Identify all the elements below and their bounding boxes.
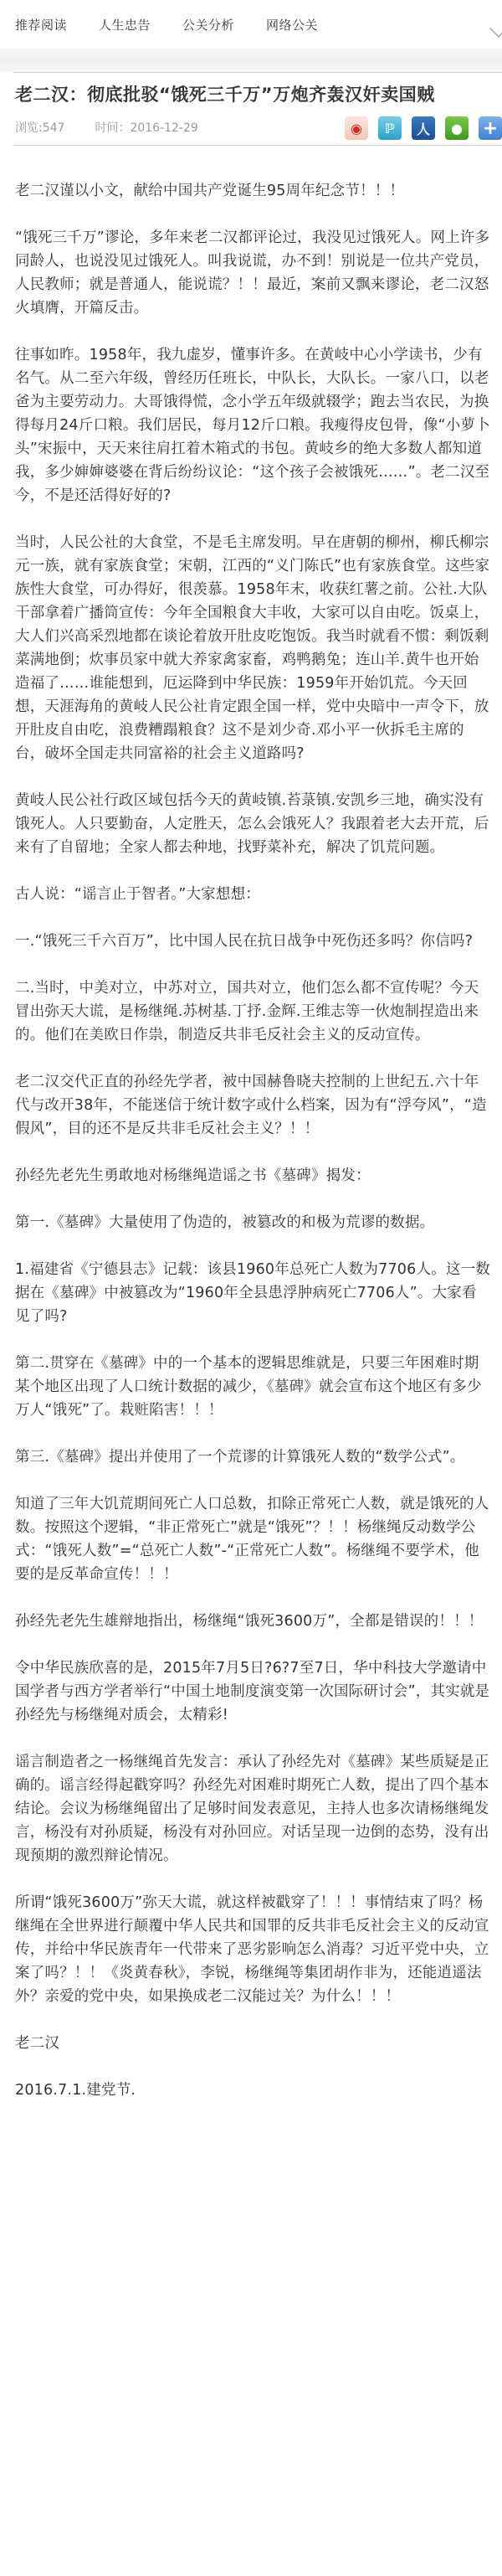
paragraph: 当时，人民公社的大食堂，不是毛主席发明。早在唐朝的柳州，柳氏柳宗元一族，就有家族… bbox=[15, 531, 490, 765]
more-share-icon[interactable]: + bbox=[479, 116, 502, 140]
nav-item-online-pr[interactable]: 网络公关 bbox=[266, 16, 318, 33]
paragraph: 古人说：“谣言止于智者。”大家想想： bbox=[15, 883, 490, 906]
article-title: 老二汉：彻底批驳“饿死三千万”万炮齐轰汉奸卖国贼 bbox=[15, 81, 502, 106]
paragraph: 二.当时，中美对立，中苏对立，国共对立，他们怎么都不宣传呢？今天冒出弥天大谎，是… bbox=[15, 976, 490, 1047]
paragraph: 第三.《墓碑》提出并使用了一个荒谬的计算饿死人数的“数学公式”。 bbox=[15, 1445, 490, 1469]
nav-item-life-advice[interactable]: 人生忠告 bbox=[99, 16, 151, 33]
paragraph: 所谓“饿死3600万”弥天大谎，就这样被戳穿了！！！事情结束了吗？杨继绳在全世界… bbox=[15, 1891, 490, 2008]
paragraph: 老二汉交代正直的孙经先学者，被中国赫鲁晓夫控制的上世纪五.六十年代与改开38年，… bbox=[15, 1070, 490, 1141]
nav-item-recommended[interactable]: 推荐阅读 bbox=[15, 16, 67, 33]
wechat-icon[interactable]: ● bbox=[445, 116, 469, 140]
signature-date: 2016.7.1.建党节. bbox=[15, 2079, 490, 2102]
share-bar: ◉ ℙ 人 ● + bbox=[345, 116, 502, 140]
paragraph: 谣言制造者之一杨继绳首先发言：承认了孙经先对《墓碑》某些质疑是正确的。谣言经得起… bbox=[15, 1750, 490, 1868]
paragraph: 往事如昨。1958年，我九虚岁，懂事许多。在黄岐中心小学读书，少有名气。从二至六… bbox=[15, 343, 490, 507]
article-meta: 浏览:547 时间：2016-12-29 ◉ ℙ 人 ● + bbox=[15, 115, 502, 140]
publish-time: 时间：2016-12-29 bbox=[95, 119, 197, 136]
renren-icon[interactable]: 人 bbox=[412, 116, 435, 140]
paragraph: 第二.贯穿在《墓碑》中的一个基本的逻辑思维就是，只要三年困难时期某个地区出现了人… bbox=[15, 1352, 490, 1422]
top-nav: 推荐阅读 人生忠告 公关分析 网络公关 bbox=[0, 0, 502, 49]
paragraph: 黄岐人民公社行政区域包括今天的黄岐镇.苔菉镇.安凯乡三地，确实没有饿死人。人只要… bbox=[15, 789, 490, 859]
paragraph: 孙经先老先生勇敢地对杨继绳造谣之书《墓碑》揭发： bbox=[15, 1164, 490, 1188]
paragraph: 老二汉谨以小文，献给中国共产党诞生95周年纪念节！！！ bbox=[15, 179, 490, 203]
paragraph: 第一.《墓碑》大量使用了伪造的，被篡改的和极为荒谬的数据。 bbox=[15, 1211, 490, 1234]
paragraph: 令中华民族欣喜的是，2015年7月5日?6?7至7日，华中科技大学邀请中国学者与… bbox=[15, 1656, 490, 1727]
paragraph: 1.福建省《宁德县志》记载：该县1960年总死亡人数为7706人。这一数据在《墓… bbox=[15, 1258, 490, 1328]
view-count: 浏览:547 bbox=[15, 119, 64, 136]
tencent-weibo-icon[interactable]: ℙ bbox=[378, 116, 402, 140]
paragraph: “饿死三千万”谬论，多年来老二汉都评论过，我没见过饿死人。网上许多同龄人，也说没… bbox=[15, 226, 490, 320]
author-signature: 老二汉 bbox=[15, 2032, 490, 2055]
article-body: 老二汉谨以小文，献给中国共产党诞生95周年纪念节！！！ “饿死三千万”谬论，多年… bbox=[0, 146, 502, 2159]
weibo-icon[interactable]: ◉ bbox=[345, 116, 368, 140]
nav-item-pr-analysis[interactable]: 公关分析 bbox=[182, 16, 234, 33]
paragraph: 知道了三年大饥荒期间死亡人口总数，扣除正常死亡人数，就是饿死的人数。按照这个逻辑… bbox=[15, 1492, 490, 1586]
paragraph: 孙经先老先生雄辩地指出，杨继绳“饿死3600万”，全都是错误的！！！ bbox=[15, 1610, 490, 1633]
chevron-down-icon[interactable] bbox=[489, 19, 502, 39]
paragraph: 一.“饿死三千六百万”，比中国人民在抗日战争中死伤还多吗？你信吗? bbox=[15, 930, 490, 953]
divider bbox=[13, 72, 502, 73]
nav-shadow bbox=[0, 49, 502, 72]
